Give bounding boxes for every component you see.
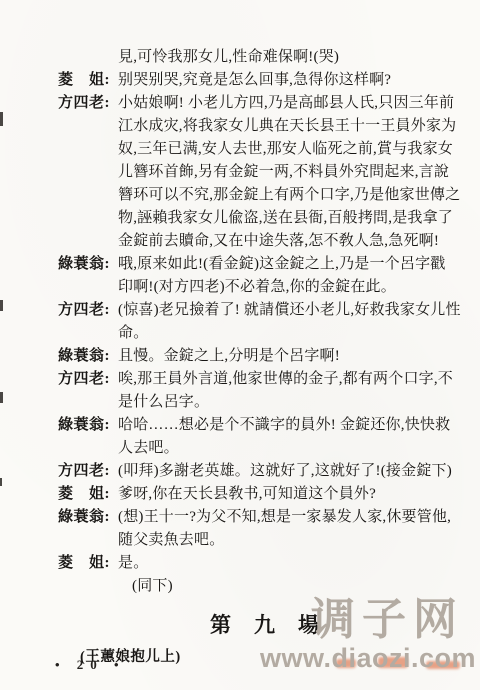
dialogue-text: 奴,三年已满,安人去世,那安人临死之前,賞与我家女	[118, 138, 453, 161]
speaker-name	[58, 575, 118, 598]
script-line: 方四老: 唉,那王員外言道,他家世傳的金子,都有两个口字,不	[58, 368, 480, 391]
dialogue-text: 江水成灾,将我家女儿典在天长县王十一王員外家为	[118, 115, 456, 138]
dialogue-text: (惊喜)老兄撿着了! 就請償还小老儿,好救我家女儿性	[118, 299, 461, 322]
speaker-name: 綠蓑翁:	[58, 345, 118, 368]
script-line: 人去吧。	[58, 437, 480, 460]
dialogue-text: 爹呀,你在天长县敎书,可知道这个員外?	[118, 483, 376, 506]
scan-edge-artifact	[0, 112, 3, 126]
dialogue-text: 儿簪环首飾,另有金錠一两,不料員外究問起来,言說	[118, 161, 449, 184]
script-line: 随父卖魚去吧。	[58, 529, 480, 552]
page-number: • 20 •	[55, 657, 126, 673]
dialogue-text: 是。	[118, 552, 148, 575]
script-line: 綠蓑翁: 哦,原来如此!(看金錠)这金錠之上,乃是一个呂字戳	[58, 253, 480, 276]
script-line: 菱 姐: 爹呀,你在天长县敎书,可知道这个員外?	[58, 483, 480, 506]
speaker-name: 方四老:	[58, 460, 118, 483]
script-line: 物,誣賴我家女儿偸盗,送在县衙,百般拷問,是我拿了	[58, 207, 480, 230]
script-line: 見,可怜我那女儿,性命难保啊!(哭)	[58, 46, 480, 69]
dialogue-text: 唉,那王員外言道,他家世傳的金子,都有两个口字,不	[118, 368, 453, 391]
script-line: 奴,三年已满,安人去世,那安人临死之前,賞与我家女	[58, 138, 480, 161]
dialogue-text: 印啊!(对方四老)不必着急,你的金錠在此。	[118, 276, 396, 299]
speaker-name: 方四老:	[58, 368, 118, 391]
dialogue-text: 别哭别哭,究竟是怎么回事,急得你这样啊?	[118, 69, 391, 92]
dialogue-text: 金錠前去贖命,又在中途失落,怎不敎人急,急死啊!	[118, 230, 439, 253]
dialogue-text: 哈哈……想必是个不識字的員外! 金錠还你,快快救	[118, 414, 450, 437]
script-line: 方四老: 小姑娘啊! 小老儿方四,乃是高邮县人氏,只因三年前	[58, 92, 480, 115]
speaker-name	[58, 322, 118, 345]
script-line: 江水成灾,将我家女儿典在天长县王十一王員外家为	[58, 115, 480, 138]
script-line: 儿簪环首飾,另有金錠一两,不料員外究問起来,言說	[58, 161, 480, 184]
speaker-name	[58, 115, 118, 138]
speaker-name	[58, 391, 118, 414]
speaker-name: 菱 姐:	[58, 69, 118, 92]
dialogue-text: 見,可怜我那女儿,性命难保啊!(哭)	[118, 46, 339, 69]
speaker-name	[58, 276, 118, 299]
script-line: 方四老: (叩拜)多謝老英雄。这就好了,这就好了!(接金錠下)	[58, 460, 480, 483]
watermark-site-url: www.diaozi.com	[260, 644, 476, 672]
speaker-name	[58, 437, 118, 460]
dialogue-text: 哦,原来如此!(看金錠)这金錠之上,乃是一个呂字戳	[118, 253, 446, 276]
script-line: 菱 姐: 别哭别哭,究竟是怎么回事,急得你这样啊?	[58, 69, 480, 92]
dialogue-text: 且慢。金錠之上,分明是个呂字啊!	[118, 345, 340, 368]
speaker-name	[58, 529, 118, 552]
speaker-name	[58, 207, 118, 230]
scan-edge-artifact	[0, 478, 2, 486]
script-lines: 見,可怜我那女儿,性命难保啊!(哭) 菱 姐: 别哭别哭,究竟是怎么回事,急得你…	[0, 0, 480, 598]
speaker-name	[58, 230, 118, 253]
scanned-script-page: 見,可怜我那女儿,性命难保啊!(哭) 菱 姐: 别哭别哭,究竟是怎么回事,急得你…	[0, 0, 480, 690]
script-line: 命。	[58, 322, 480, 345]
speaker-name	[58, 161, 118, 184]
speaker-name: 綠蓑翁:	[58, 253, 118, 276]
dialogue-text: 随父卖魚去吧。	[118, 529, 224, 552]
dialogue-text: 命。	[118, 322, 148, 345]
dialogue-text: (叩拜)多謝老英雄。这就好了,这就好了!(接金錠下)	[118, 460, 452, 483]
speaker-name	[58, 184, 118, 207]
script-line: 綠蓑翁: 哈哈……想必是个不識字的員外! 金錠还你,快快救	[58, 414, 480, 437]
script-line: 菱 姐: 是。	[58, 552, 480, 575]
script-line: 是什么呂字。	[58, 391, 480, 414]
dialogue-text: 小姑娘啊! 小老儿方四,乃是高邮县人氏,只因三年前	[118, 92, 454, 115]
scan-edge-artifact	[0, 392, 3, 403]
dialogue-text: 是什么呂字。	[118, 391, 209, 414]
script-line: 簪环可以不究,那金錠上有两个口字,乃是他家世傳之	[58, 184, 480, 207]
dialogue-text: (同下)	[132, 575, 173, 598]
speaker-name: 菱 姐:	[58, 483, 118, 506]
script-line: 印啊!(对方四老)不必着急,你的金錠在此。	[58, 276, 480, 299]
speaker-name: 菱 姐:	[58, 552, 118, 575]
dialogue-text: 簪环可以不究,那金錠上有两个口字,乃是他家世傳之	[118, 184, 460, 207]
dialogue-text: 物,誣賴我家女儿偸盗,送在县衙,百般拷問,是我拿了	[118, 207, 453, 230]
script-line: 綠蓑翁: 且慢。金錠之上,分明是个呂字啊!	[58, 345, 480, 368]
watermark-site-name: 调子网	[260, 597, 464, 643]
scan-edge-artifact	[0, 300, 3, 311]
speaker-name	[58, 138, 118, 161]
speaker-name	[58, 46, 118, 69]
dialogue-text: (想)王十一?为父不知,想是一家暴发人家,休要管他,	[118, 506, 451, 529]
speaker-name: 綠蓑翁:	[58, 506, 118, 529]
dialogue-text: 人去吧。	[118, 437, 179, 460]
script-line: 綠蓑翁: (想)王十一?为父不知,想是一家暴发人家,休要管他,	[58, 506, 480, 529]
script-line: 金錠前去贖命,又在中途失落,怎不敎人急,急死啊!	[58, 230, 480, 253]
watermark: 调子网 www.diaozi.com	[260, 597, 476, 673]
speaker-name: 綠蓑翁:	[58, 414, 118, 437]
speaker-name: 方四老:	[58, 299, 118, 322]
script-line: 方四老: (惊喜)老兄撿着了! 就請償还小老儿,好救我家女儿性	[58, 299, 480, 322]
speaker-name: 方四老:	[58, 92, 118, 115]
